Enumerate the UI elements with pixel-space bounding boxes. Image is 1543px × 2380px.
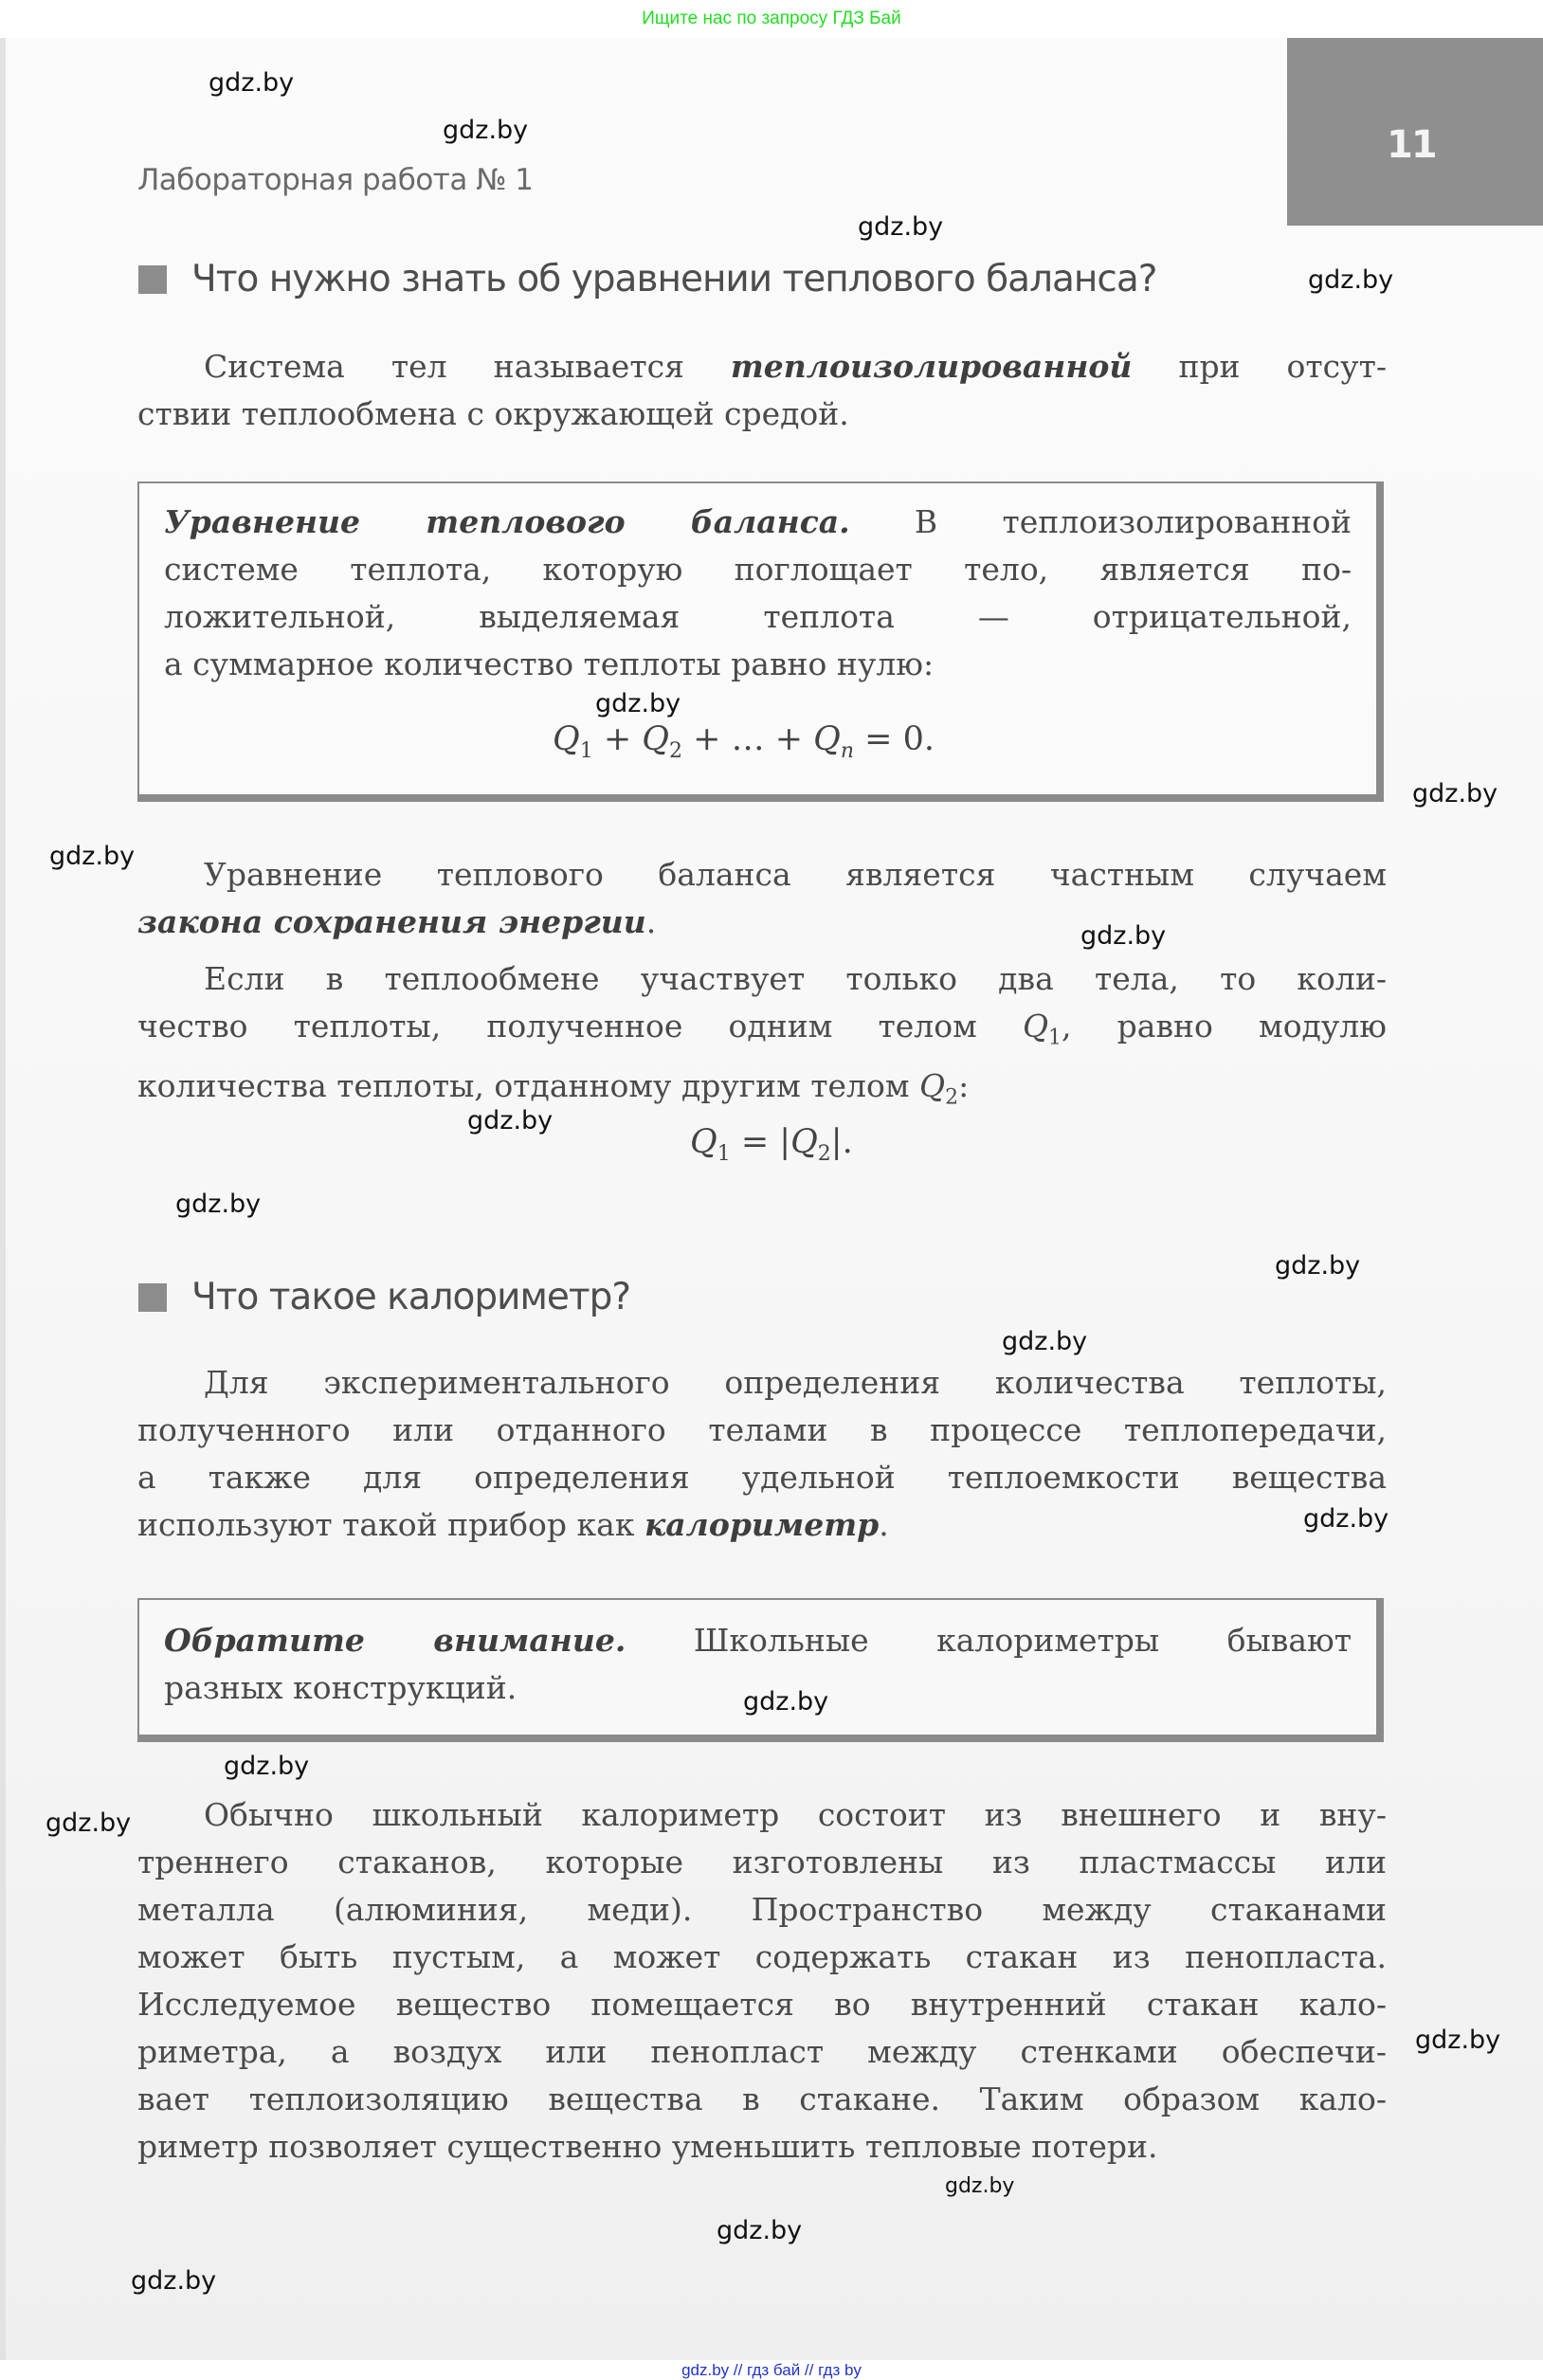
text-line: треннего стаканов, которые изготовлены и… [137, 1839, 1387, 1886]
running-head: Лабораторная работа № 1 [137, 163, 534, 197]
watermark: gdz.by [858, 212, 943, 242]
formula-two-body-balance: Q1 = |Q2|. [690, 1123, 853, 1166]
term-isolated: теплоизолированной [731, 348, 1133, 385]
text-line: Если в теплообмене участвует только два … [137, 955, 1387, 1003]
paragraph-calorimeter-construction: Обычно школьный калориметр состоит из вн… [137, 1791, 1387, 2171]
text-line: количества теплоты, отданному другим тел… [137, 1063, 1387, 1122]
page-number-tab: 11 [1287, 38, 1543, 226]
text-line: ствии теплообмена с окружающей средой. [137, 391, 1387, 438]
text-line: Обычно школьный калориметр состоит из вн… [137, 1791, 1387, 1839]
watermark: gdz.by [467, 1106, 553, 1135]
text-line: системе теплота, которую поглощает тело,… [164, 546, 1352, 593]
text-line: ложительной, выделяемая теплота — отрица… [164, 593, 1352, 641]
watermark: gdz.by [49, 842, 135, 871]
text-line: Уравнение теплового баланса. В теплоизол… [164, 499, 1352, 546]
text-line: риметр позволяет существенно уменьшить т… [137, 2123, 1387, 2171]
section-marker-icon [138, 1283, 167, 1312]
formula-heat-balance: Q1 + Q2 + … + Qn = 0. [553, 720, 935, 763]
text-line: Исследуемое вещество помещается во внутр… [137, 1981, 1387, 2028]
text-line: используют такой прибор как калориметр. [137, 1501, 1387, 1549]
watermark: gdz.by [175, 1190, 261, 1219]
watermark: gdz.by [1308, 265, 1393, 295]
watermark: gdz.by [1275, 1251, 1360, 1281]
text-line: а суммарное количество теплоты равно нул… [164, 641, 1352, 688]
paragraph-calorimeter-purpose: Для экспериментального определения колич… [137, 1359, 1387, 1549]
section-heading-text: Что такое калориметр? [191, 1276, 630, 1318]
paragraph-two-bodies: Если в теплообмене участвует только два … [137, 955, 1387, 1121]
section-heading-text: Что нужно знать об уравнении теплового б… [191, 258, 1156, 300]
text-line: Система тел называется теплоизолированно… [137, 343, 1387, 391]
section-heading-heat-balance: Что нужно знать об уравнении теплового б… [138, 258, 1156, 300]
watermark: gdz.by [131, 2266, 216, 2296]
paragraph-isolated-system: Система тел называется теплоизолированно… [137, 343, 1387, 438]
watermark: gdz.by [595, 689, 681, 718]
watermark: gdz.by [1412, 779, 1498, 808]
watermark: gdz.by [45, 1808, 131, 1838]
page-number: 11 [1387, 123, 1436, 167]
text-line: полученного или отданного телами в проце… [137, 1407, 1387, 1454]
top-banner[interactable]: Ищите нас по запросу ГДЗ Бай [0, 0, 1543, 38]
text-line: риметра, а воздух или пенопласт между ст… [137, 2028, 1387, 2076]
text-line: Обратите внимание. Школьные калориметры … [164, 1617, 1352, 1664]
watermark: gdz.by [717, 2216, 802, 2245]
text-line: чество теплоты, полученное одним телом Q… [137, 1003, 1387, 1063]
watermark: gdz.by [743, 1687, 828, 1717]
note-box-calorimeter-types: Обратите внимание. Школьные калориметры … [137, 1598, 1384, 1742]
text-line: Уравнение теплового баланса является час… [137, 851, 1387, 899]
term-attention: Обратите внимание. [164, 1622, 626, 1659]
footer-links[interactable]: gdz.by // гдз бай // гдз by [0, 2360, 1543, 2380]
watermark: gdz.by [224, 1752, 309, 1781]
paragraph-energy-conservation: Уравнение теплового баланса является час… [137, 851, 1387, 946]
watermark: gdz.by [443, 116, 528, 145]
watermark: gdz.by [1002, 1327, 1087, 1356]
text-line: Для экспериментального определения колич… [137, 1359, 1387, 1407]
watermark: gdz.by [1080, 921, 1166, 951]
text-line: может быть пустым, а может содержать ста… [137, 1934, 1387, 1981]
term-energy-conservation: закона сохранения энергии [137, 903, 646, 940]
text-line: закона сохранения энергии. [137, 899, 1387, 946]
watermark: gdz.by [1415, 2026, 1500, 2055]
watermark: gdz.by [209, 68, 294, 98]
term-heat-balance-equation: Уравнение теплового баланса. [164, 503, 850, 540]
term-calorimeter: калориметр [644, 1506, 879, 1543]
text-line: металла (алюминия, меди). Пространство м… [137, 1886, 1387, 1934]
text-line: вает теплоизоляцию вещества в стакане. Т… [137, 2076, 1387, 2123]
text-line: а также для определения удельной теплоем… [137, 1454, 1387, 1501]
watermark: gdz.by [1303, 1504, 1389, 1534]
section-marker-icon [138, 265, 167, 294]
watermark: gdz.by [945, 2174, 1014, 2198]
section-heading-calorimeter: Что такое калориметр? [138, 1276, 630, 1318]
